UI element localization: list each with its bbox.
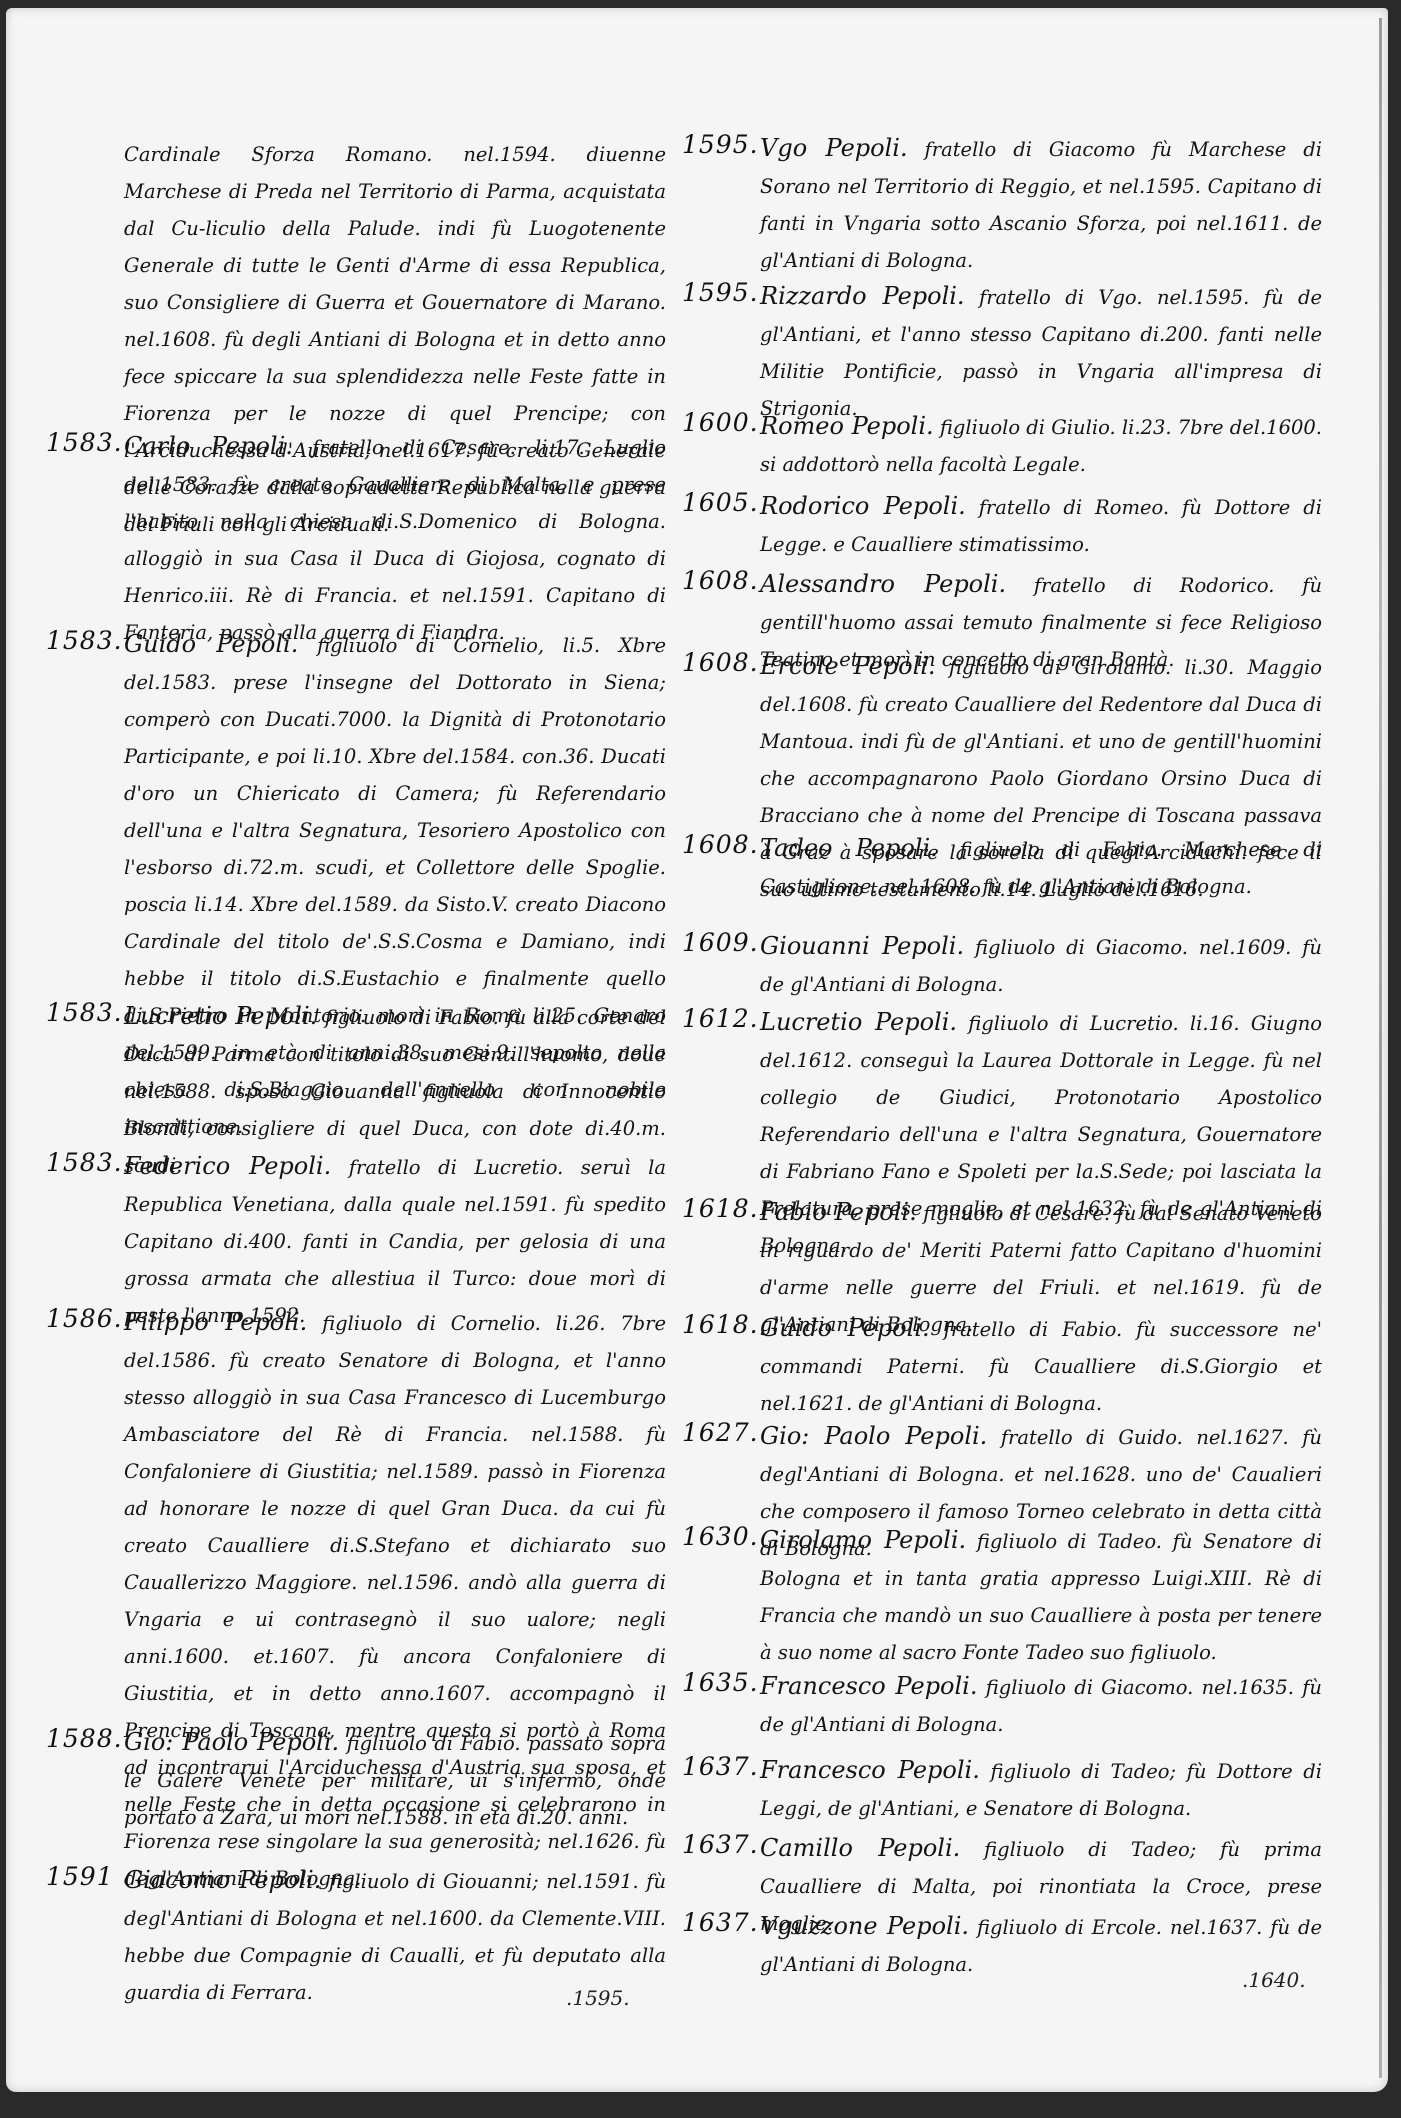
entry-name: Gio: Paolo Pepoli. [760,1422,987,1450]
entry-name: Carlo Pepoli. [124,432,293,460]
entry-year: 1609. [682,928,764,957]
entry-year: 1595. [682,278,764,307]
entry-name: Guido Pepoli. [124,630,298,658]
catchword-right: .1640. [1242,1968,1306,1992]
entry-name: Giacomo Pepoli. [124,1866,321,1894]
entry-text: Francesco Pepoli. figliuolo di Giacomo. … [760,1668,1322,1743]
entry-year: 1591 [46,1862,128,1891]
entry-year: 1637. [682,1908,764,1937]
entry-year: 1637. [682,1752,764,1781]
entry-name: Girolamo Pepoli. [760,1526,966,1554]
entry-year: 1600. [682,408,764,437]
entry-name: Alessandro Pepoli. [760,570,1006,598]
entry-text: Rodorico Pepoli. fratello di Romeo. fù D… [760,488,1322,563]
entry-name: Rodorico Pepoli. [760,492,966,520]
entry-year: 1595. [682,130,764,159]
entry-body: fratello di Cesare. li.17. Luglio del.15… [124,436,666,644]
entry-year: 1583. [46,428,128,457]
entry-year: 1608. [682,830,764,859]
entry-name: Ercole Pepoli. [760,652,936,680]
entry-text: Rizzardo Pepoli. fratello di Vgo. nel.15… [760,278,1322,427]
entry-year: 1618. [682,1194,764,1223]
entry-year: 1583. [46,1148,128,1177]
entry-body: fratello di Lucretio. seruì la Republica… [124,1156,666,1327]
entry-text: Romeo Pepoli. figliuolo di Giulio. li.23… [760,408,1322,483]
entry-name: Tadeo Pepoli. [760,834,938,862]
entry-year: 1608. [682,566,764,595]
entry-year: 1635. [682,1668,764,1697]
entry-text: Giouanni Pepoli. figliuolo di Giacomo. n… [760,928,1322,1003]
entry-name: Vguzzone Pepoli. [760,1912,969,1940]
entry-name: Lucretio Pepoli. [124,1002,317,1030]
entry-year: 1583. [46,998,128,1027]
entry-name: Romeo Pepoli. [760,412,934,440]
entry-year: 1608. [682,648,764,677]
entry-year: 1586. [46,1304,128,1333]
manuscript-page: Cardinale Sforza Romano. nel.1594. diuen… [6,8,1388,2092]
entry-name: Rizzardo Pepoli. [760,282,965,310]
entry-text: Gio: Paolo Pepoli. figliuolo di Fabio. p… [124,1724,666,1836]
entry-name: Giouanni Pepoli. [760,932,964,960]
entry-year: 1588. [46,1724,128,1753]
entry-year: 1605. [682,488,764,517]
entry-text: Francesco Pepoli. figliuolo di Tadeo; fù… [760,1752,1322,1827]
entry-text: Vguzzone Pepoli. figliuolo di Ercole. ne… [760,1908,1322,1983]
entry-name: Federico Pepoli. [124,1152,331,1180]
entry-name: Gio: Paolo Pepoli. [124,1728,339,1756]
entry-text: Carlo Pepoli. fratello di Cesare. li.17.… [124,428,666,651]
entry-text: Tadeo Pepoli. figliuolo di Fabio. Marche… [760,830,1322,905]
entry-name: Guido Pepoli. [760,1314,930,1342]
entry-year: 1627. [682,1418,764,1447]
entry-text: Vgo Pepoli. fratello di Giacomo fù March… [760,130,1322,279]
entry-name: Camillo Pepoli. [760,1834,960,1862]
entry-year: 1583. [46,626,128,655]
catchword-left: .1595. [566,1986,630,2010]
entry-year: 1637. [682,1830,764,1859]
entry-text: Girolamo Pepoli. figliuolo di Tadeo. fù … [760,1522,1322,1671]
entry-name: Lucretio Pepoli. [760,1008,957,1036]
entry-name: Francesco Pepoli. [760,1756,980,1784]
entry-name: Fabio Pepoli. [760,1198,917,1226]
entry-name: Vgo Pepoli. [760,134,908,162]
entry-year: 1630. [682,1522,764,1551]
entry-year: 1612. [682,1004,764,1033]
entry-year: 1618. [682,1310,764,1339]
entry-text: Guido Pepoli. fratello di Fabio. fù succ… [760,1310,1322,1422]
entry-name: Filippo Pepoli. [124,1308,307,1336]
entry-name: Francesco Pepoli. [760,1672,977,1700]
